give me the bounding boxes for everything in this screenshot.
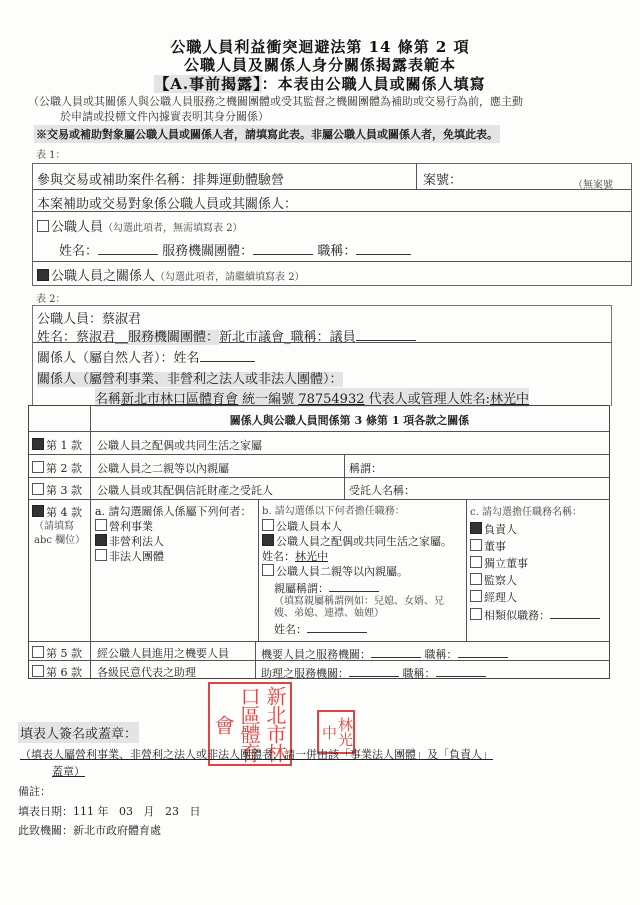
clause-6-org-field[interactable] xyxy=(349,664,399,677)
col-c-option-1[interactable]: 負責人 xyxy=(470,521,606,538)
clause-5-title-field[interactable] xyxy=(458,645,508,658)
checkbox[interactable] xyxy=(262,519,274,531)
clause-6-label[interactable]: 第 6 款 xyxy=(32,664,82,680)
title-line-2: 公職人員及關係人身分關係揭露表範本 xyxy=(0,54,640,75)
col-b-spouse-name: 林光中 xyxy=(295,550,328,563)
related-checkbox[interactable] xyxy=(37,269,49,281)
clause-5-desc: 經公職人員進用之機要人員 xyxy=(97,645,229,661)
checkbox[interactable] xyxy=(262,564,274,576)
col-b-title: b. 請勾選係以下何者擔任職務： xyxy=(262,504,462,519)
clause-2-label[interactable]: 第 2 款 xyxy=(32,460,82,476)
col-b-option-2[interactable]: 公職人員之配偶或共同生活之家屬。姓名：林光中 xyxy=(262,534,462,564)
natural-name-field[interactable] xyxy=(200,349,255,362)
col-c-option-6[interactable]: 相類似職務： xyxy=(470,606,606,624)
table2-top: 公職人員：蔡淑君 姓名：蔡淑君__服務機關團體：新北市議會_職稱：議員 關係人（… xyxy=(32,305,612,406)
clause-1-checkbox[interactable] xyxy=(32,438,44,450)
remark-label: 備註： xyxy=(18,783,51,799)
clause-2-desc: 公職人員之二親等以內親屬 xyxy=(97,460,229,476)
relation-header: 關係人與公職人員間係第 3 條第 1 項各款之關係 xyxy=(90,412,609,428)
col-c-title: c. 請勾選擔任職務名稱： xyxy=(470,504,606,521)
clause-6-extra: 助理之服務機關： 職稱： xyxy=(261,664,486,681)
checkbox[interactable] xyxy=(470,539,482,551)
recipient-value: 新北市政府體育處 xyxy=(73,824,161,837)
relations-table: 關係人與公職人員間係第 3 條第 1 項各款之關係 第 1 款 公職人員之配偶或… xyxy=(28,405,610,679)
case-name-label: 參與交易或補助案件名稱： xyxy=(37,173,193,188)
signature-label: 填表人簽名或蓋章： xyxy=(18,722,139,743)
checkbox[interactable] xyxy=(470,608,482,620)
signature-note-1: （填表人屬營利事業、非營利之法人或非法人團體者，請一併由該「事業法人團體」及「負… xyxy=(20,746,493,762)
official-title-field[interactable] xyxy=(356,242,411,255)
col-b-option-3[interactable]: 公職人員二親等以內親屬。 xyxy=(262,564,462,579)
case-no-label: 案號： xyxy=(423,169,462,188)
col-a-option-1[interactable]: 營利事業 xyxy=(95,519,253,534)
date-month: 03 xyxy=(119,805,133,818)
official-detail-row: 姓名：蔡淑君__服務機關團體：新北市議會_職稱：議員 xyxy=(37,326,416,345)
signature-note-2: 蓋章） xyxy=(52,763,85,779)
note-line-1: （公職人員或其關係人與公職人員服務之機關團體或受其監督之機關團體為補助或交易行為… xyxy=(28,93,523,109)
col-a-title: a. 請勾選關係人係屬下列何者： xyxy=(95,504,253,519)
clause-3-extra: 受託人名稱： xyxy=(349,482,415,498)
kin-name-row: 姓名： xyxy=(262,620,462,637)
official-org-field[interactable] xyxy=(253,242,313,255)
checkbox[interactable] xyxy=(95,534,107,546)
case-name-value: 排舞運動體驗營 xyxy=(193,173,284,188)
subtitle: 【A.事前揭露】：本表由公職人員或關係人填寫 xyxy=(0,73,640,94)
entity-row: 關係人（屬營利事業、非營利之法人或非法人團體）： xyxy=(37,368,343,387)
col-c-option-5[interactable]: 經理人 xyxy=(470,589,606,606)
col-a-option-3[interactable]: 非法人團體 xyxy=(95,549,253,564)
clause-3-checkbox[interactable] xyxy=(32,483,44,495)
clause-4-checkbox[interactable] xyxy=(32,505,44,517)
checkbox[interactable] xyxy=(95,549,107,561)
clause-5-label[interactable]: 第 5 款 xyxy=(32,645,82,661)
clause-1-label[interactable]: 第 1 款 xyxy=(32,437,82,453)
clause-2-extra: 稱謂： xyxy=(349,460,382,476)
official-row: 公職人員：蔡淑君 xyxy=(37,308,141,327)
clause-6-desc: 各級民意代表之助理 xyxy=(97,664,196,680)
table2-label: 表 2： xyxy=(36,290,66,305)
col-a-option-2[interactable]: 非營利法人 xyxy=(95,534,253,549)
checkbox[interactable] xyxy=(470,522,482,534)
col-b: b. 請勾選係以下何者擔任職務： 公職人員本人 公職人員之配偶或共同生活之家屬。… xyxy=(262,504,462,637)
col-a: a. 請勾選關係人係屬下列何者： 營利事業 非營利法人 非法人團體 xyxy=(95,504,253,564)
clause-4-label[interactable]: 第 4 款 xyxy=(32,504,82,520)
col-b-option-1[interactable]: 公職人員本人 xyxy=(262,519,462,534)
note-line-2: 於申請或投標文件內據實表明其身分關係） xyxy=(60,108,269,124)
clause-5-extra: 機要人員之服務機關： 職稱： xyxy=(261,645,508,662)
official-fields: 姓名： 服務機關團體： 職稱： xyxy=(59,240,411,259)
clause-2-checkbox[interactable] xyxy=(32,461,44,473)
table1-label: 表 1： xyxy=(36,146,66,161)
clause-5-checkbox[interactable] xyxy=(32,646,44,658)
date-day: 23 xyxy=(165,805,179,818)
checkbox[interactable] xyxy=(262,534,274,546)
option-official[interactable]: 公職人員（勾選此項者，無需填寫表 2） xyxy=(37,216,243,235)
natural-person-row: 關係人（屬自然人者）：姓名 xyxy=(37,347,255,366)
official-checkbox[interactable] xyxy=(37,220,49,232)
col-c-option-3[interactable]: 獨立董事 xyxy=(470,555,606,572)
case-no-note: （無案號 xyxy=(573,176,613,191)
kin-note: （填寫親屬稱謂例如：兒媳、女婿、兄嫂、弟媳、連襟、妯娌） xyxy=(262,596,462,620)
clause-1-desc: 公職人員之配偶或共同生活之家屬 xyxy=(97,437,262,453)
similar-role-field[interactable] xyxy=(550,606,600,619)
col-c-option-4[interactable]: 監察人 xyxy=(470,572,606,589)
official-name-field[interactable] xyxy=(98,242,158,255)
clause-4-note: （請填寫 abc 欄位） xyxy=(34,520,86,548)
clause-3-desc: 公職人員或其配偶信託財產之受託人 xyxy=(97,482,273,498)
clause-3-label[interactable]: 第 3 款 xyxy=(32,482,82,498)
clause-6-checkbox[interactable] xyxy=(32,665,44,677)
kin-field[interactable] xyxy=(329,579,379,592)
table1: 參與交易或補助案件名稱：排舞運動體驗營 案號： （無案號 本案補助或交易對象係公… xyxy=(32,163,632,286)
date-year: 111 xyxy=(73,805,94,818)
warning-text: ※交易或補助對象屬公職人員或關係人者，請填寫此表。非屬公職人員或關係人者，免填此… xyxy=(34,125,500,143)
date-row: 填表日期：111 年 03 月 23 日 xyxy=(18,803,201,819)
clause-5-org-field[interactable] xyxy=(371,645,421,658)
subtitle-tag: 【A.事前揭露】 xyxy=(154,75,261,93)
col-c-option-2[interactable]: 董事 xyxy=(470,538,606,555)
clause-6-title-field[interactable] xyxy=(436,664,486,677)
case-name-row: 參與交易或補助案件名稱：排舞運動體驗營 xyxy=(37,169,284,188)
recipient-row: 此致機關：新北市政府體育處 xyxy=(18,822,161,838)
option-related[interactable]: 公職人員之關係人（勾選此項者，請繼續填寫表 2） xyxy=(37,265,305,284)
checkbox[interactable] xyxy=(470,573,482,585)
col-c: c. 請勾選擔任職務名稱： 負責人 董事 獨立董事 監察人 經理人 相類似職務： xyxy=(470,504,606,624)
subject-label: 本案補助或交易對象係公職人員或其關係人： xyxy=(37,193,297,212)
subtitle-rest: ：本表由公職人員或關係人填寫 xyxy=(262,75,486,93)
kin-row: 親屬稱謂： xyxy=(262,579,462,596)
checkbox[interactable] xyxy=(470,556,482,568)
checkbox[interactable] xyxy=(470,590,482,602)
checkbox[interactable] xyxy=(95,519,107,531)
kin-name-field[interactable] xyxy=(307,620,367,633)
